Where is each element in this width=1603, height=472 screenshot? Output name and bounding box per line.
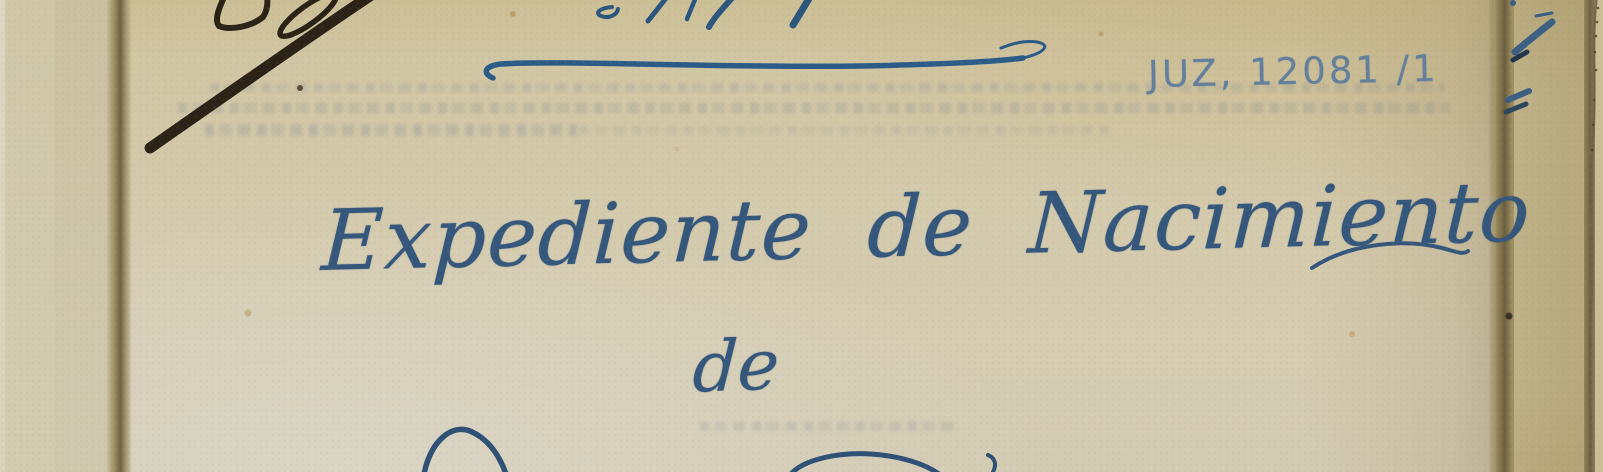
scanned-document: Expediente de Nacimiento de JUZ, 12081 /… (0, 0, 1603, 472)
cutoff-name-strokes (424, 429, 995, 472)
corner-slash-stroke (150, 0, 376, 148)
edge-ink-marks (1506, 0, 1552, 112)
ink-strokes-overlay (0, 0, 1603, 472)
paper-specks (245, 11, 1513, 337)
cutoff-year-strokes (598, 0, 810, 27)
corner-numeral-stroke (217, 0, 267, 28)
title-underline-flourish (486, 58, 1023, 78)
title-tail-flourish (1312, 243, 1468, 268)
